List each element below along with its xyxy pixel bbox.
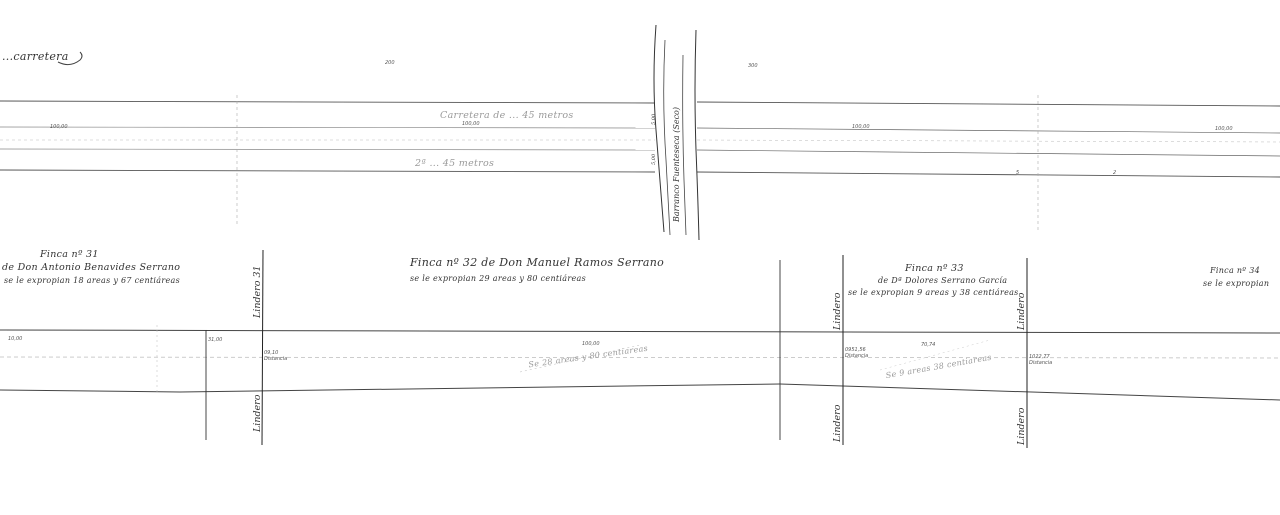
- station-sublabel: Distancia: [264, 356, 287, 362]
- parcel-31-owner: de Don Antonio Benavides Serrano: [2, 262, 180, 273]
- parcel-33-title: Finca nº 33: [905, 263, 964, 274]
- distance-label: 100,00: [852, 124, 870, 130]
- parcel-32-title: Finca nº 32 de Don Manuel Ramos Serrano: [410, 256, 664, 269]
- boundary-label: Lindero: [1016, 408, 1027, 445]
- distance-label: 100,00: [50, 124, 68, 130]
- top-mark-200: 200: [385, 60, 395, 66]
- distance-label: 100,00: [462, 121, 480, 127]
- parcel-32-distance: 100,00: [582, 341, 600, 347]
- station-sublabel: Distancia: [1029, 360, 1052, 366]
- boundary-label: Lindero: [832, 293, 843, 330]
- barranco-side-mark: 5,00: [651, 114, 657, 125]
- barranco-side-mark: 5,00: [651, 154, 657, 165]
- barranco-label: Barranco Fuenteseca (Seco): [672, 107, 681, 222]
- distance-label: 100,00: [1215, 126, 1233, 132]
- road-label-upper: Carretera de ... 45 metros: [440, 110, 574, 121]
- parcel-34-area: se le expropian: [1203, 279, 1269, 288]
- parcel-31-area: se le expropian 18 areas y 67 centiáreas: [4, 276, 180, 285]
- boundary-label: Lindero 31: [252, 265, 263, 318]
- station-sublabel: Distancia: [845, 353, 868, 359]
- parcel-34-title: Finca nº 34: [1210, 266, 1260, 275]
- small-mark: 2: [1113, 170, 1116, 176]
- survey-plan-sheet: ...carretera 200 300 Carretera de ... 45…: [0, 0, 1280, 515]
- parcel-33-area: se le expropian 9 areas y 38 centiáreas: [848, 288, 1019, 297]
- boundary-label: Lindero: [832, 405, 843, 442]
- parcel-32-area: se le expropian 29 areas y 80 centiáreas: [410, 274, 586, 283]
- boundary-label: Lindero: [1016, 293, 1027, 330]
- road-label-lower: 2ª ... 45 metros: [415, 158, 494, 169]
- top-left-fragment: ...carretera: [2, 50, 69, 63]
- small-mark: 5: [1016, 170, 1019, 176]
- parcel-33-distance: 70,74: [921, 342, 935, 348]
- top-mark-300: 300: [748, 63, 758, 69]
- parcel-31-title: Finca nº 31: [40, 249, 99, 260]
- parcel-33-owner: de Dª Dolores Serrano García: [878, 276, 1007, 285]
- lower-left-label: 10,00: [8, 336, 22, 342]
- boundary-label: Lindero: [252, 395, 263, 432]
- station-label: 31,00: [208, 337, 222, 343]
